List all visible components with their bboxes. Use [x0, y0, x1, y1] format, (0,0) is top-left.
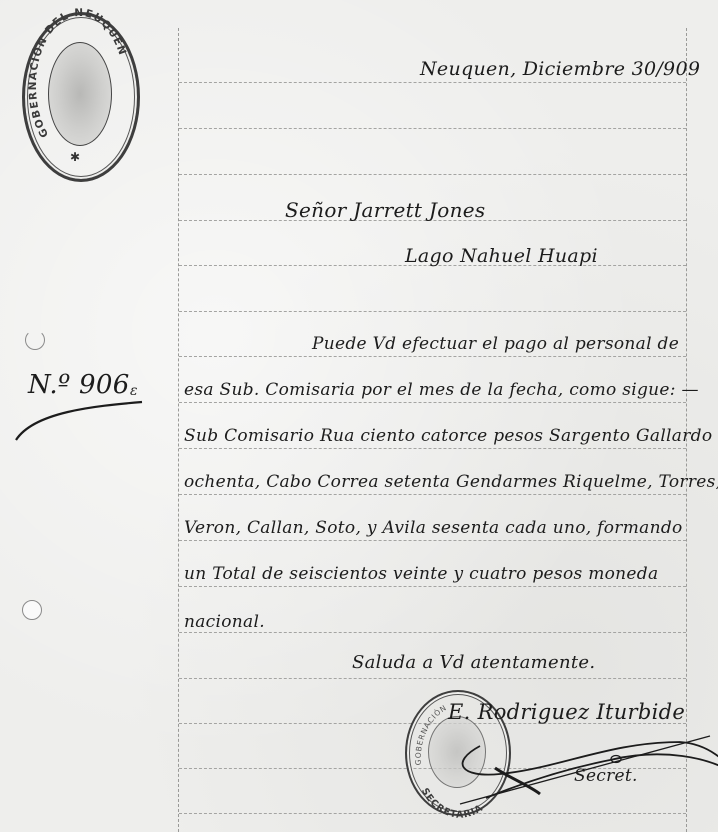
ruled-line	[179, 586, 686, 587]
ruled-line	[179, 128, 686, 129]
body-line-4: ochenta, Cabo Correa setenta Gendarmes R…	[184, 472, 718, 492]
ruled-line	[179, 174, 686, 175]
ruled-line	[179, 448, 686, 449]
body-line-5: Veron, Callan, Soto, y Avila sesenta cad…	[184, 518, 683, 538]
ruled-line	[179, 632, 686, 633]
body-line-2: esa Sub. Comisaria por el mes de la fech…	[184, 380, 699, 400]
recipient-location: Lago Nahuel Huapi	[405, 245, 598, 267]
body-line-1: Puede Vd efectuar el pago al personal de	[312, 334, 679, 354]
svg-text:GOBERNACIÓN DEL NEUQUEN: GOBERNACIÓN DEL NEUQUEN	[27, 7, 129, 139]
left-margin-line	[178, 28, 179, 832]
reference-number: N.º 906	[28, 370, 130, 400]
body-line-6: un Total de seiscientos veinte y cuatro …	[184, 564, 658, 584]
stamp-star-icon: ✱	[70, 150, 80, 164]
closing: Saluda a Vd atentamente.	[352, 652, 595, 673]
reference-mark: ɛ	[130, 383, 138, 399]
body-line-7: nacional.	[184, 612, 265, 632]
punch-hole	[25, 330, 45, 350]
place-date: Neuquen, Diciembre 30/909	[420, 58, 700, 80]
signature-title: Secret.	[574, 766, 638, 786]
ruled-line	[179, 311, 686, 312]
recipient-name: Señor Jarrett Jones	[285, 198, 485, 222]
ruled-line	[179, 494, 686, 495]
ruled-line	[179, 82, 686, 83]
ruled-line	[179, 678, 686, 679]
punch-hole	[22, 600, 42, 620]
ruled-line	[179, 402, 686, 403]
letter-page: GOBERNACIÓN DEL NEUQUEN ✱ Neuquen, Dicie…	[0, 0, 718, 832]
ruled-line	[179, 356, 686, 357]
reference-flourish	[14, 400, 164, 460]
ruled-line	[179, 540, 686, 541]
body-line-3: Sub Comisario Rua ciento catorce pesos S…	[184, 426, 712, 446]
